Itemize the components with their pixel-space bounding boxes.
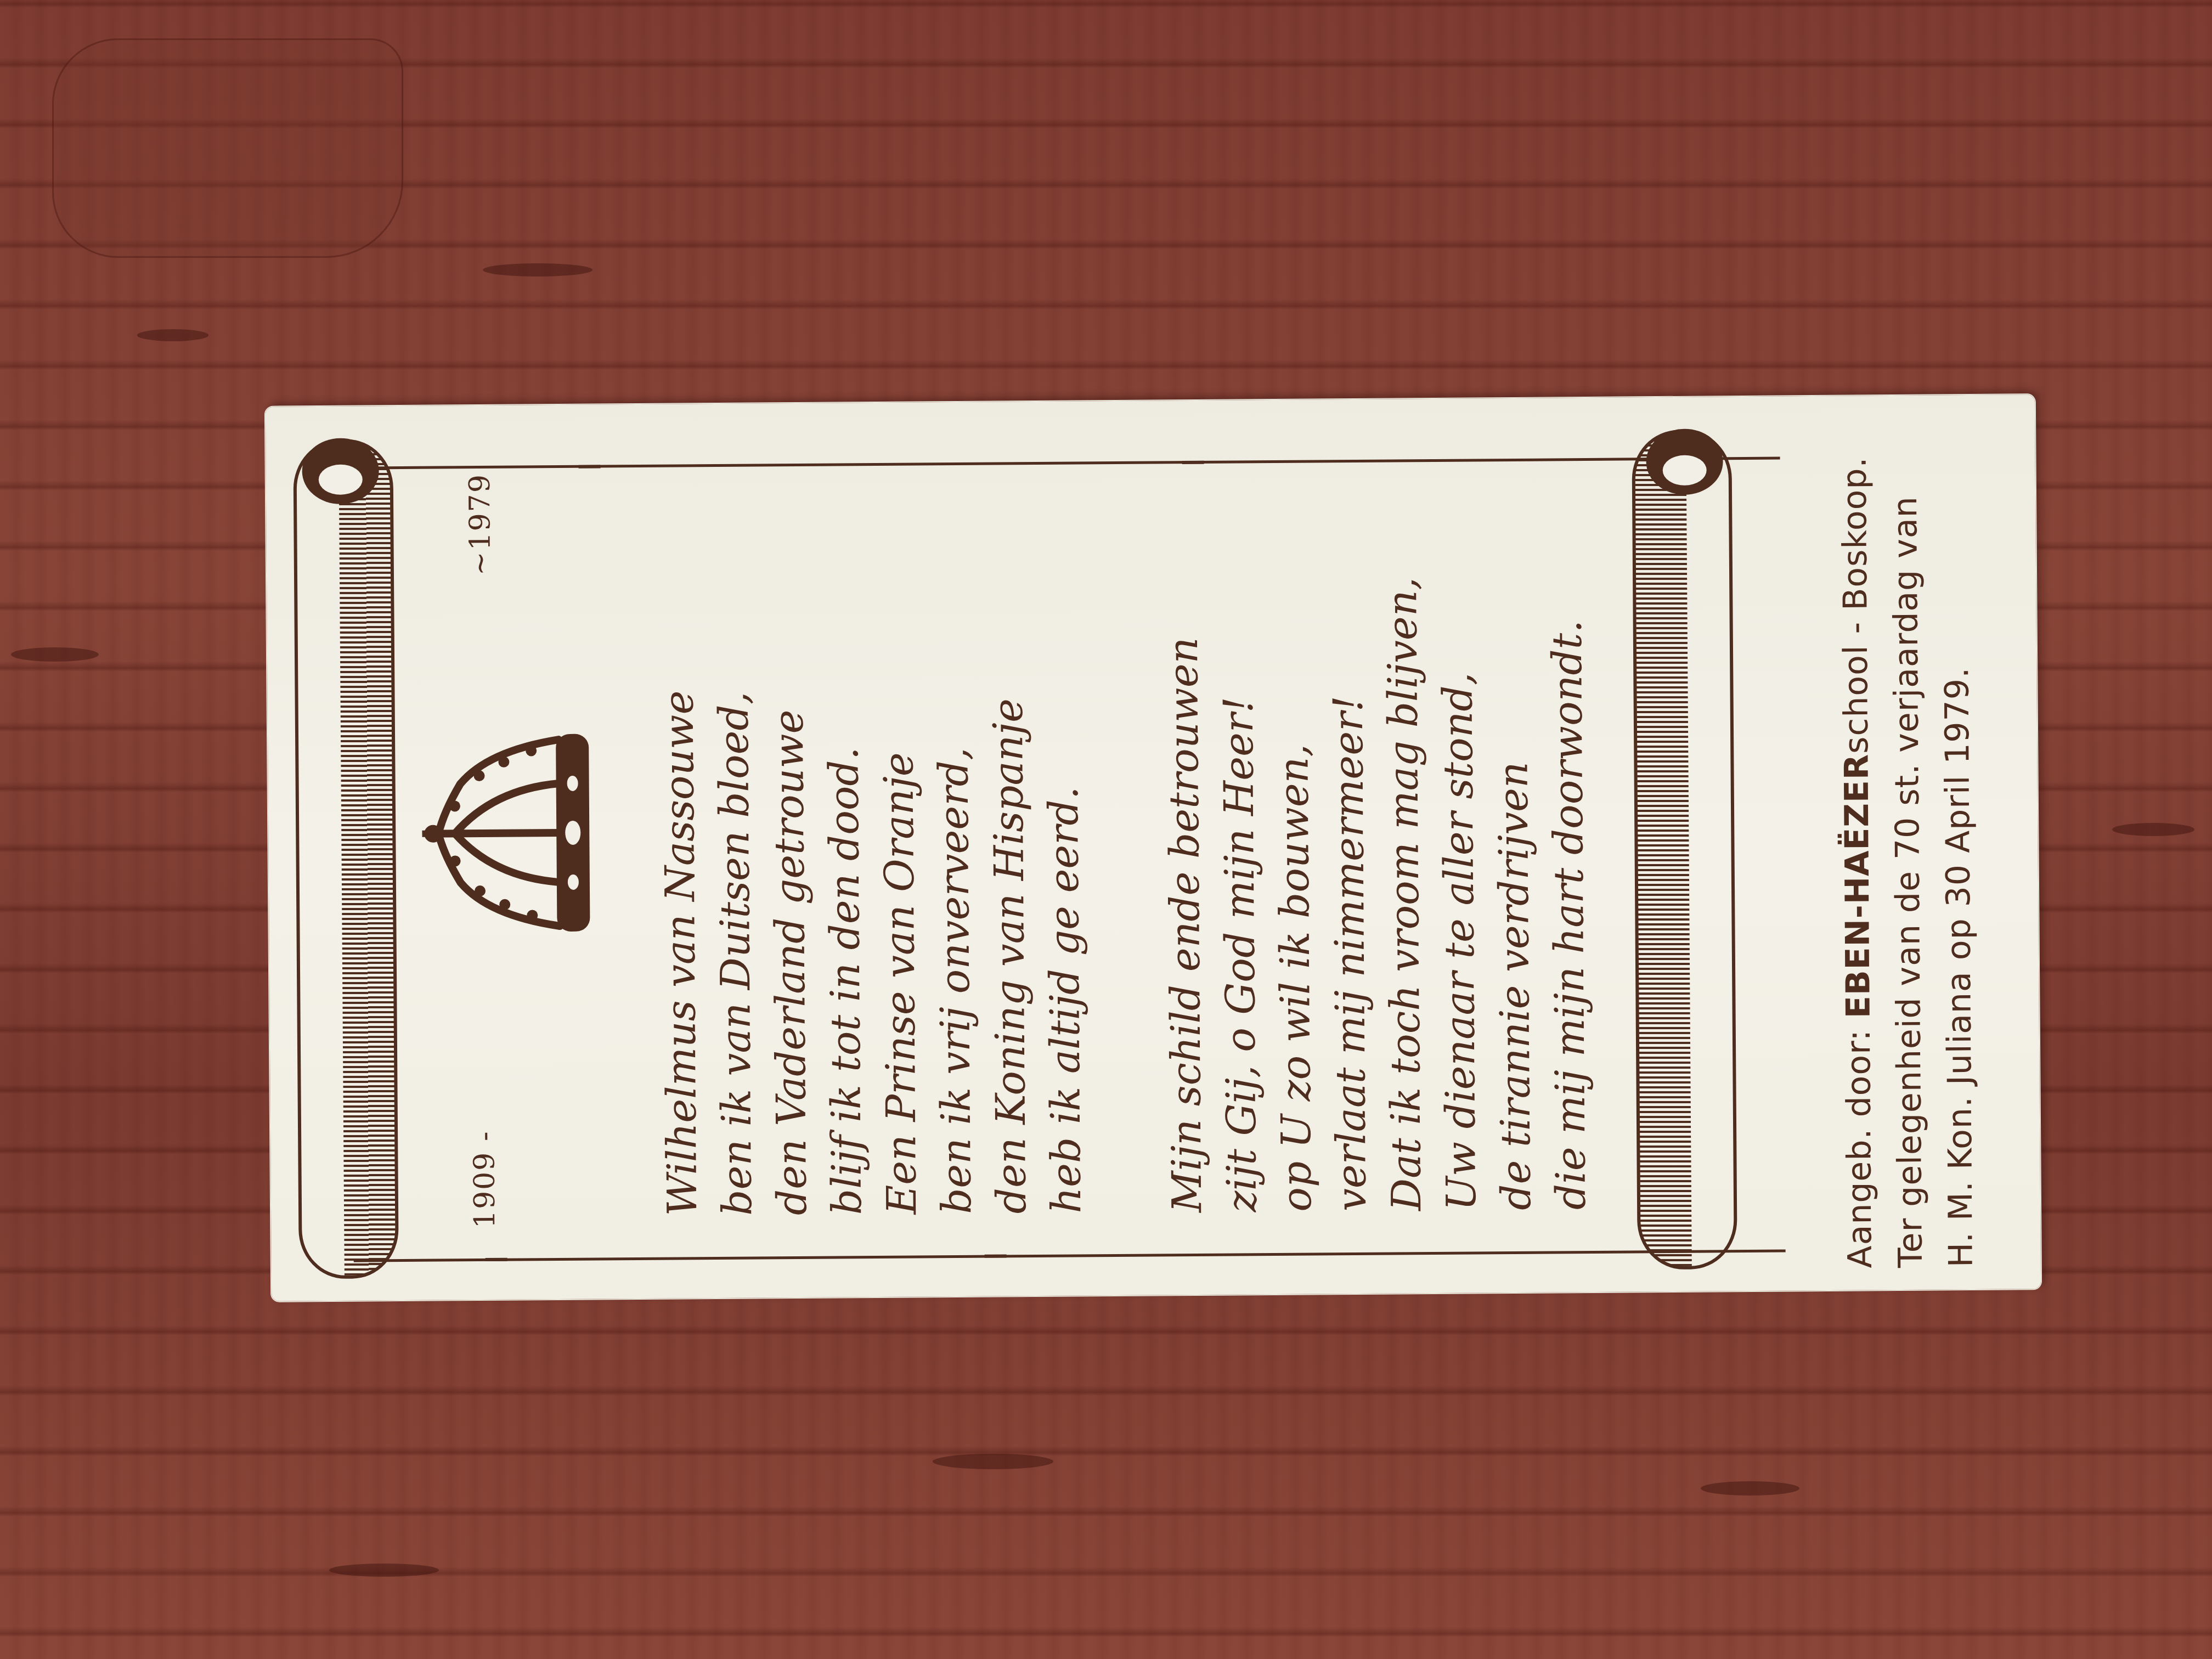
school-name: EBEN-HAËZER	[1837, 754, 1877, 1019]
wood-grain-mark	[329, 1564, 439, 1577]
anthem-stanza-1: Wilhelmus van Nassouwe ben ik van Duitse…	[650, 445, 1094, 1216]
verse-line: zijt Gij, o God mijn Heer!	[1209, 444, 1269, 1212]
verse-line: den Koning van Hispanje	[979, 445, 1039, 1214]
scroll-tear-mark	[579, 465, 601, 469]
crown-icon	[421, 718, 599, 949]
dedication-line-2: Ter gelegenheid van de 70 st. verjaardag…	[1880, 412, 1936, 1268]
verse-line: ben ik vrij onverveerd,	[924, 446, 984, 1215]
start-year: 1909 -	[468, 1130, 501, 1228]
scroll-tear-mark	[985, 1254, 1007, 1257]
offered-by-label: Aangeb. door:	[1839, 1018, 1880, 1268]
commemorative-tile: 1909 - ~1979 Wilhelmus van Nassouwe ben …	[266, 394, 2041, 1301]
verse-line: den Vaderland getrouwe	[759, 447, 820, 1216]
verse-line: Uw dienaar te aller stond,	[1429, 442, 1489, 1211]
verse-line: Een Prinse van Oranje	[869, 446, 929, 1215]
wood-grain-mark	[2112, 823, 2194, 836]
verse-line: op U zo wil ik bouwen,	[1264, 443, 1324, 1212]
wood-puzzle-inlay	[52, 38, 403, 258]
verse-line: die mij mijn hart doorwondt.	[1538, 442, 1599, 1210]
wood-grain-mark	[483, 263, 592, 276]
scroll-roll-top	[293, 439, 399, 1279]
end-year: ~1979	[464, 473, 497, 575]
dedication-line-1: Aangeb. door: EBEN-HAËZERschool - Boskoo…	[1829, 412, 1886, 1268]
verse-line: blijf ik tot in den dood.	[814, 447, 874, 1215]
verse-line: de tirannie verdrijven	[1483, 442, 1544, 1211]
verse-line: Wilhelmus van Nassouwe	[650, 448, 710, 1216]
scroll-roll-bottom	[1632, 430, 1737, 1269]
verse-line: Mijn schild ende betrouwen	[1154, 444, 1215, 1213]
wood-grain-mark	[137, 329, 208, 341]
wood-grain-mark	[1701, 1481, 1799, 1496]
verse-line: Dat ik toch vroom mag blijven,	[1374, 443, 1434, 1211]
verse-line: verlaat mij nimmermeer!	[1319, 443, 1379, 1212]
school-location: school - Boskoop.	[1836, 456, 1876, 754]
dedication-line-3: H. M. Kon. Juliana op 30 April 1979.	[1930, 411, 1987, 1268]
verse-line: ben ik van Duitsen bloed,	[704, 447, 765, 1216]
wood-grain-mark	[11, 647, 99, 662]
wood-grain-mark	[933, 1454, 1053, 1469]
anthem-stanza-2: Mijn schild ende betrouwen zijt Gij, o G…	[1154, 442, 1599, 1213]
verse-line: heb ik altijd ge eerd.	[1034, 445, 1094, 1214]
dedication-footer: Aangeb. door: EBEN-HAËZERschool - Boskoo…	[1829, 411, 1987, 1268]
